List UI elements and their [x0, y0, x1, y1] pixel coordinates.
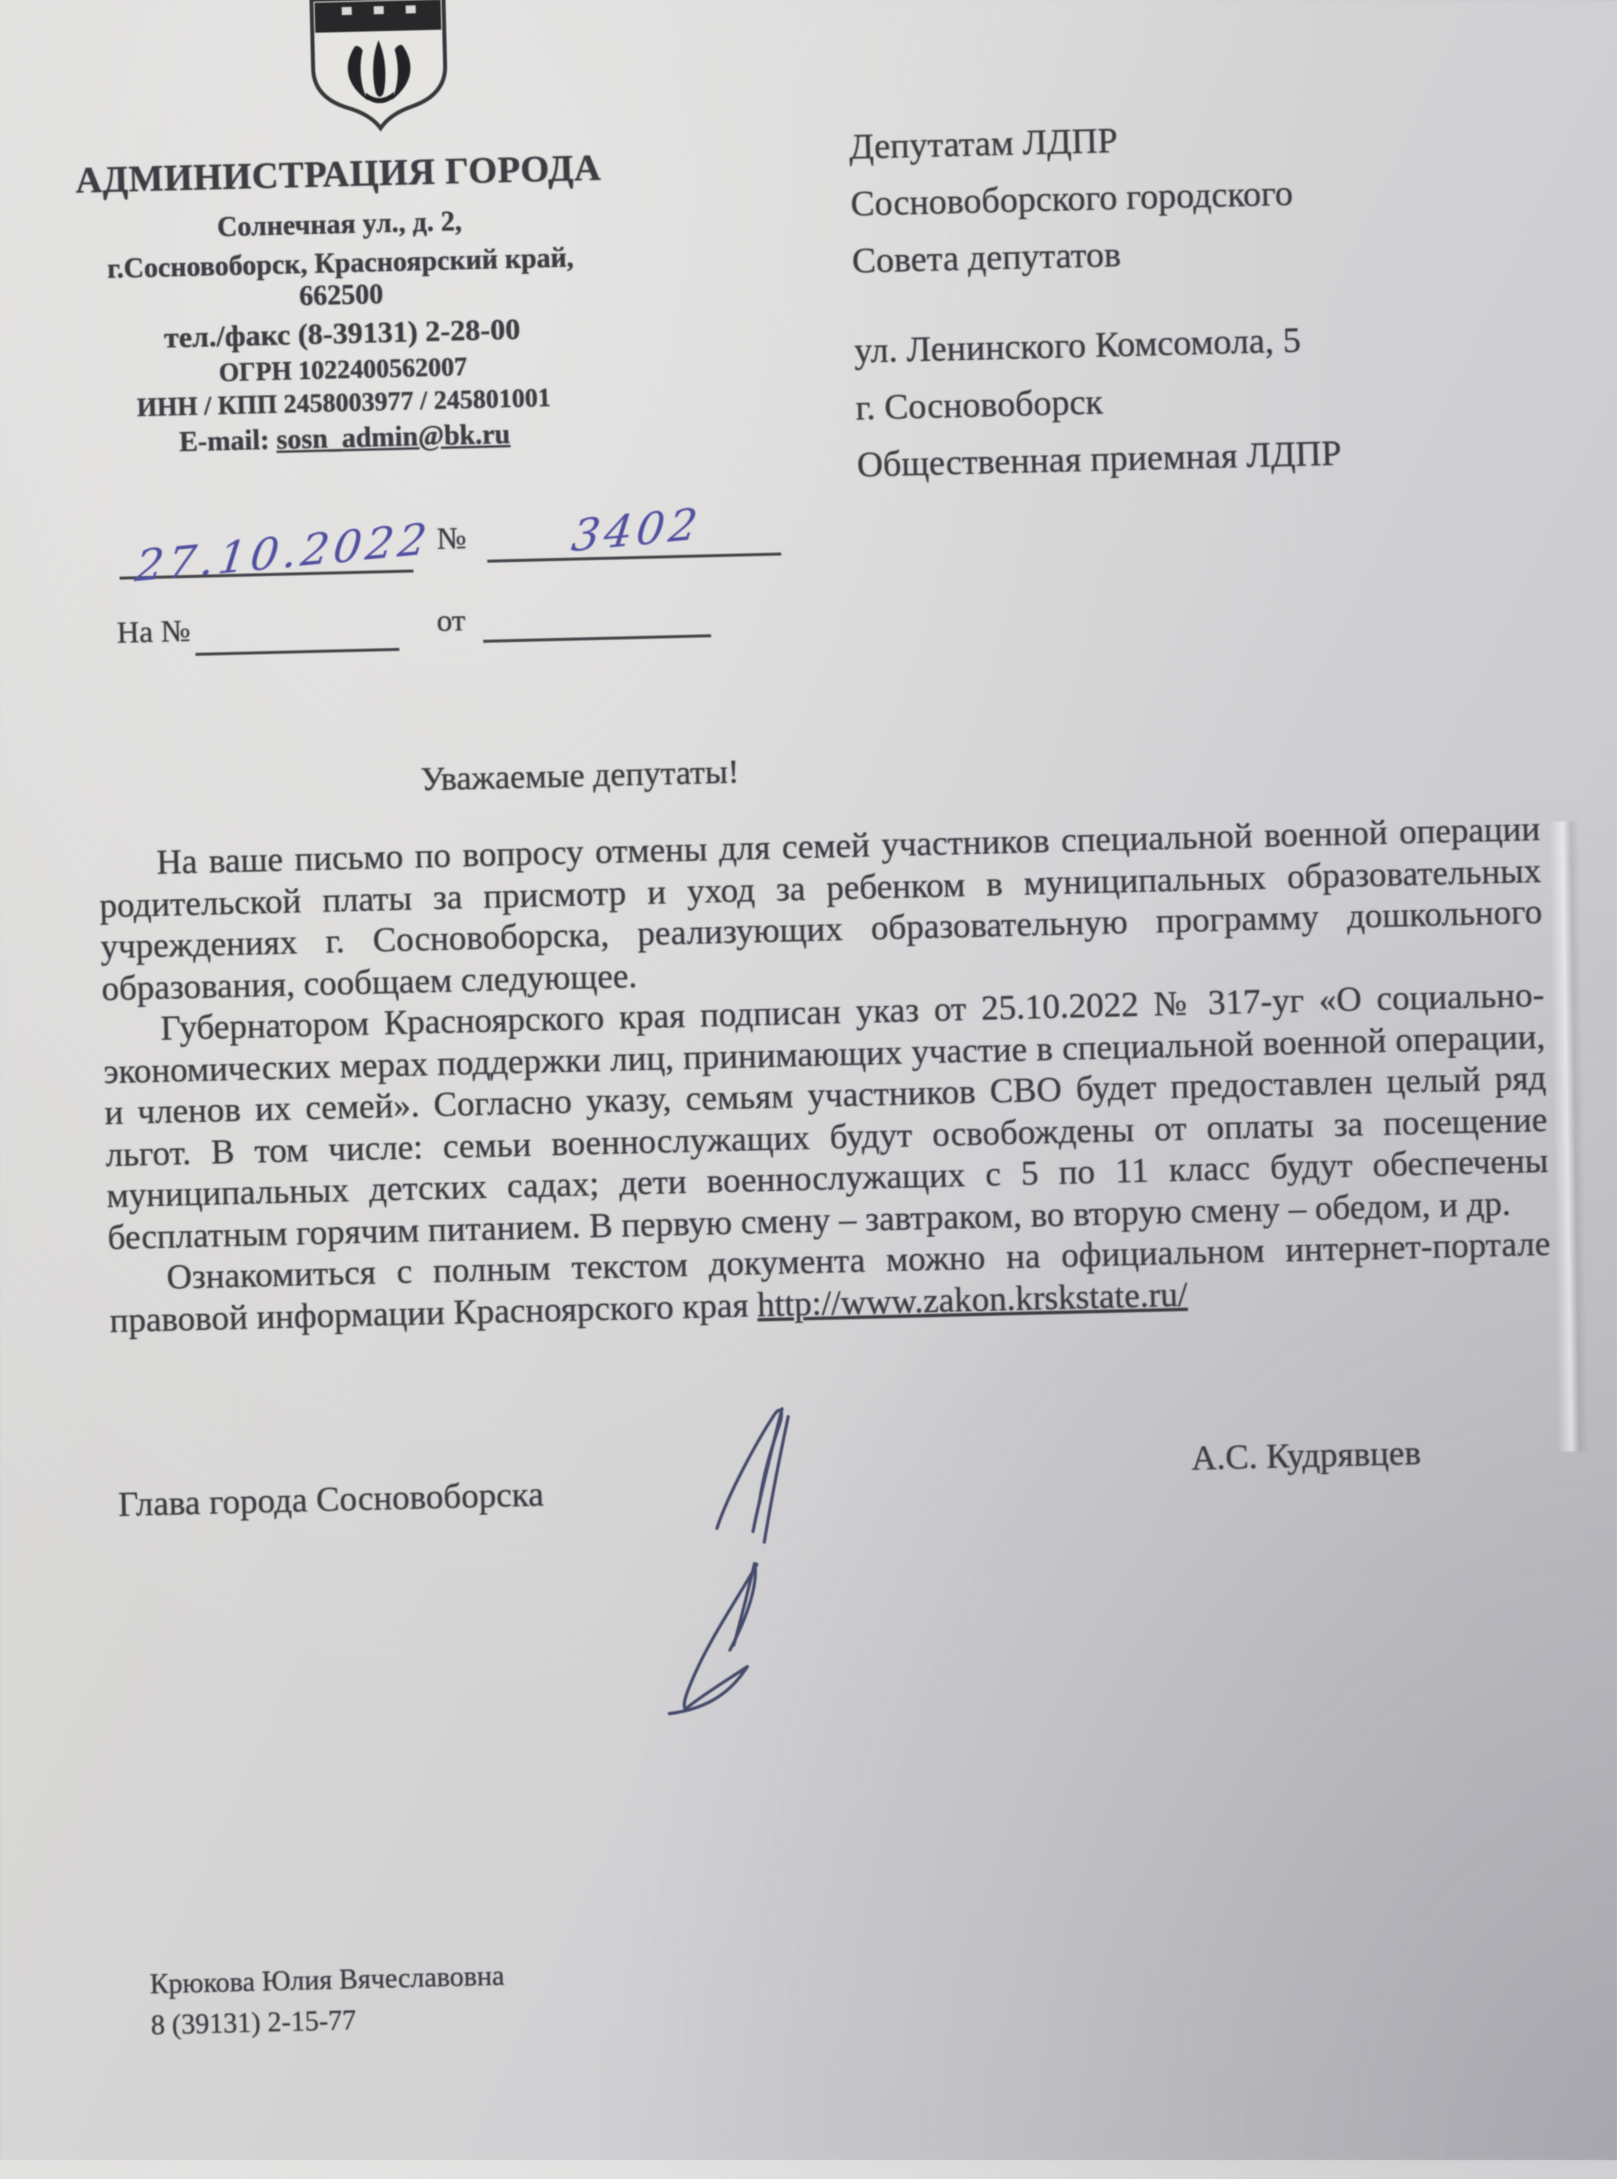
reply-ref-label: На №: [116, 613, 190, 651]
org-email-line: E-mail: sosn_admin@bk.ru: [72, 416, 618, 461]
org-name: АДМИНИСТРАЦИЯ ГОРОДА: [65, 147, 611, 203]
email-address: sosn_admin@bk.ru: [276, 419, 511, 456]
city-crest-icon: [301, 0, 457, 144]
org-city-line: г.Сосновоборск, Красноярский край, 66250…: [68, 242, 614, 319]
paper-crease: [1549, 821, 1588, 1451]
from-label: от: [436, 602, 466, 639]
signer-name: А.С. Кудрявцев: [1191, 1433, 1422, 1479]
signer-position: Глава города Сосновоборска: [118, 1475, 544, 1525]
executor-block: Крюкова Юлия Вячеславовна 8 (39131) 2-15…: [149, 1956, 505, 2047]
photographed-letter: { "letterhead": { "org_name": "АДМИНИСТР…: [0, 0, 1617, 2160]
contact-phone: 8 (39131) 2-15-77: [150, 1997, 505, 2047]
contact-name: Крюкова Юлия Вячеславовна: [149, 1956, 504, 2006]
letterhead: АДМИНИСТРАЦИЯ ГОРОДА Солнечная ул., д. 2…: [65, 147, 617, 462]
salutation: Уважаемые депутаты!: [420, 754, 739, 800]
outgoing-date-field: 27.10.2022: [118, 508, 414, 580]
outgoing-number-field: 3402: [486, 491, 782, 563]
signature-scribble: [628, 1384, 996, 1743]
recipient-block: Депутатам ЛДПР Сосновоборского городског…: [849, 103, 1498, 494]
document-sheet: АДМИНИСТРАЦИЯ ГОРОДА Солнечная ул., д. 2…: [0, 0, 1617, 2160]
legal-portal-url: http://www.zakon.krskstate.ru/: [757, 1274, 1188, 1324]
letter-body: На ваше письмо по вопросу отмены для сем…: [98, 808, 1552, 1341]
body-paragraph-2: Губернатором Красноярского края подписан…: [102, 974, 1550, 1258]
number-sign: №: [436, 520, 466, 557]
from-date-field: [482, 588, 711, 643]
email-label: E-mail:: [179, 425, 270, 458]
handwritten-number: 3402: [569, 499, 704, 562]
reply-ref-field: [194, 602, 399, 656]
org-street-line: Солнечная ул., д. 2,: [67, 203, 613, 248]
handwritten-date: 27.10.2022: [132, 514, 433, 593]
